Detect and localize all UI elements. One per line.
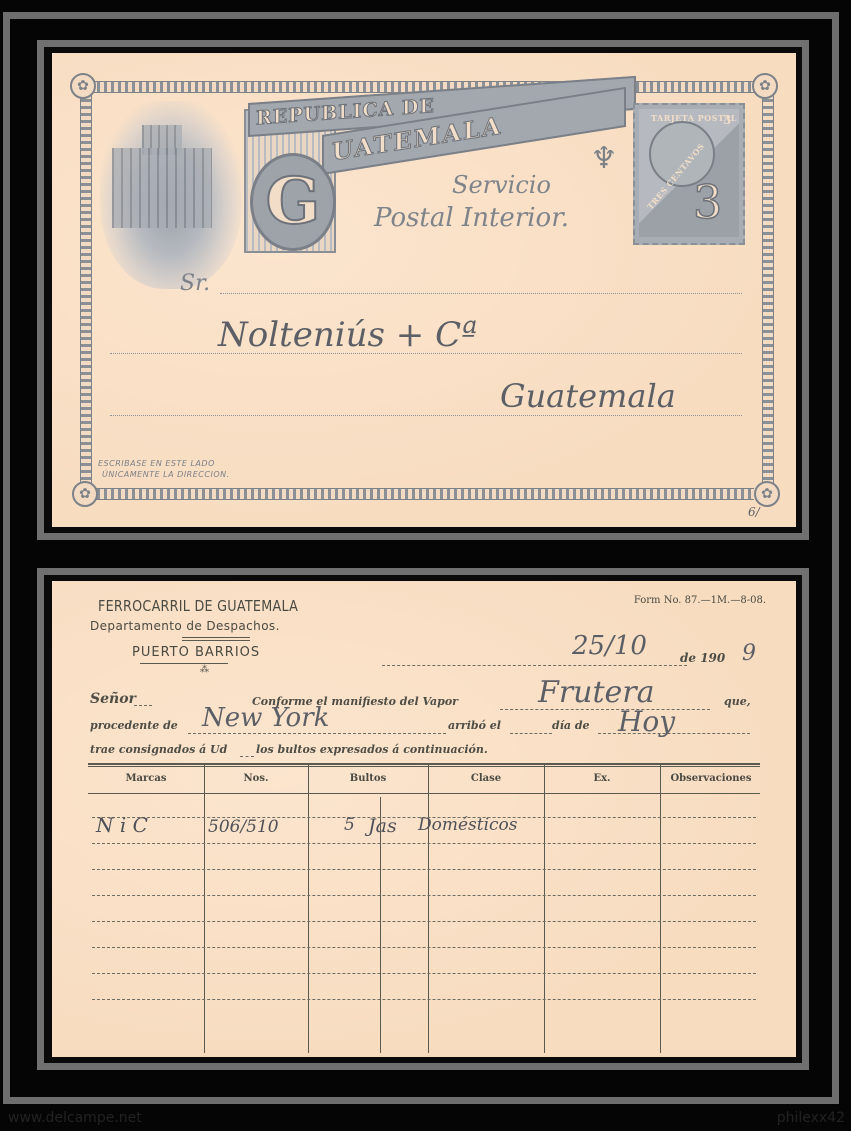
instruction-line1: ESCRIBASE EN ESTE LADO [98,458,215,469]
ornament-icon: ⁂ [200,665,209,675]
column-divider [428,763,429,1053]
bultos-expresados-label: los bultos expresados á continuación. [256,743,488,756]
address-line-1 [220,293,742,294]
column-divider [544,763,545,1053]
service-line2: Postal Interior. [374,203,569,233]
table-row-line [92,869,756,870]
table-row-line [92,973,756,974]
table-row-line [92,921,756,922]
postage-stamp: TARJETA POSTAL TRES CENTAVOS 3 3 [633,103,745,245]
department-name: Departamento de Despachos. [90,619,280,633]
year-prefix: de 190 [680,651,725,665]
cell-marcas: N i C [96,813,148,837]
addressee-handwritten: Nolteniús + Cª [218,315,477,355]
rosette-icon: ✿ [70,73,96,99]
service-line1: Servicio [452,171,551,199]
border-bottom [90,488,754,500]
instruction-line2: ÚNICAMENTE LA DIRECCION. [102,469,230,480]
cell-clase: Domésticos [418,815,518,835]
header-nos: Nos. [204,773,308,784]
postcard-back-frame: FERROCARRIL DE GUATEMALA Departamento de… [37,568,809,1070]
que-label: que, [724,695,751,708]
postcard-front-frame: ✿ ✿ ✿ ✿ REPUBLICA DE UATEMALA G ♆ Servic… [37,40,809,540]
column-divider [204,763,205,1053]
border-left [80,93,92,487]
stamp-corner-value: 3 [723,113,732,127]
city-handwritten: Guatemala [500,377,676,415]
margin-note: 6/ [748,505,760,519]
divider [182,637,250,641]
procedente-line [188,733,446,734]
initial-letter: G [266,170,321,234]
cell-bultos-type: Jas [368,815,397,837]
header-observaciones: Observaciones [660,773,762,784]
border-right [762,93,774,487]
date-line [382,665,687,666]
watermark-site: www.delcampe.net [8,1110,142,1126]
company-name: FERROCARRIL DE GUATEMALA [98,597,298,615]
cell-bultos-qty: 5 [344,815,355,835]
table-row-line [92,895,756,896]
dia-handwritten: Hoy [618,705,675,738]
trae-label: trae consignados á Ud [90,743,227,756]
senor-line [134,705,152,706]
postcard-back: FERROCARRIL DE GUATEMALA Departamento de… [52,581,796,1057]
header-clase: Clase [428,773,544,784]
divider [140,663,228,664]
table-row-line [92,843,756,844]
posthorn-icon: ♆ [586,139,622,179]
column-divider [308,763,309,1053]
location-name: PUERTO BARRIOS [132,645,260,660]
rosette-icon: ✿ [752,73,778,99]
header-ex: Ex. [544,773,660,784]
arribo-label: arribó el [448,719,501,732]
table-row-line [92,947,756,948]
senor-label: Señor [90,691,136,707]
manifest-table: Marcas Nos. Bultos Clase Ex. Observacion… [88,763,760,1053]
building-facade [112,148,212,228]
address-line-3 [110,415,742,416]
header-marcas: Marcas [88,773,204,784]
salutation: Sr. [180,271,210,296]
arribo-line [510,733,552,734]
postcard-front: ✿ ✿ ✿ ✿ REPUBLICA DE UATEMALA G ♆ Servic… [52,53,796,527]
trae-line [240,756,254,757]
header-bultos: Bultos [308,773,428,784]
watermark-seller: philexx42 [777,1110,845,1126]
rosette-icon: ✿ [72,481,98,507]
procedente-label: procedente de [90,719,178,732]
cell-nos: 506/510 [208,817,279,837]
column-divider [660,763,661,1053]
stamp-value: 3 [693,175,722,229]
date-handwritten: 25/10 [572,631,647,661]
form-number: Form No. 87.—1M.—8-08. [634,595,766,606]
dia-label: día de [552,719,590,732]
rosette-icon: ✿ [754,481,780,507]
procedente-handwritten: New York [202,703,329,733]
table-row-line [92,999,756,1000]
year-handwritten: 9 [742,641,756,666]
initial-medallion: G [250,153,336,251]
